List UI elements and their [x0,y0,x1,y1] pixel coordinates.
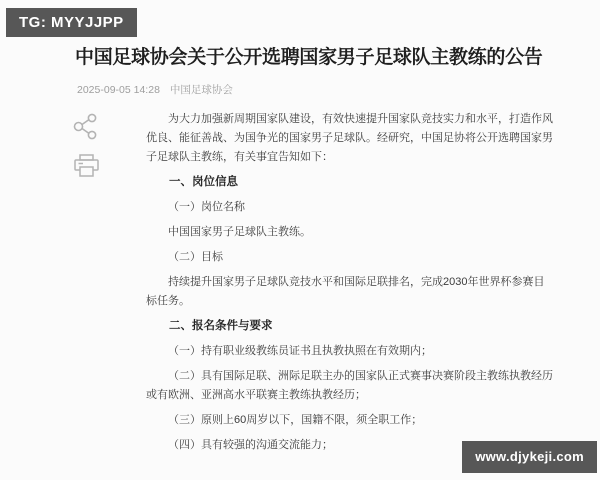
section-heading: 二、报名条件与要求 [146,317,554,336]
print-button[interactable] [72,153,100,180]
share-button[interactable] [72,113,100,140]
page-title: 中国足球协会关于公开选聘国家男子足球队主教练的公告 [75,46,545,70]
share-icon [72,113,100,140]
article-content: 为大力加强新周期国家队建设，有效快速提升国家队竞技实力和水平，打造作风优良、能征… [146,110,554,461]
article-actions [72,113,100,180]
paragraph: （一）持有职业级教练员证书且执教执照在有效期内； [146,342,554,361]
paragraph: （一）岗位名称 [146,198,554,217]
paragraph: （二）具有国际足联、洲际足联主办的国家队正式赛事决赛阶段主教练执教经历或有欧洲、… [146,367,554,405]
section-heading: 一、岗位信息 [146,173,554,192]
paragraph: （三）原则上60周岁以下，国籍不限，须全职工作； [146,411,554,430]
paragraph: 中国国家男子足球队主教练。 [146,223,554,242]
publish-date: 2025-09-05 14:28 [77,84,160,96]
watermark-top-left: TG: MYYJJPP [6,8,137,37]
watermark-bottom-right: www.djykeji.com [462,441,597,473]
article-meta: 2025-09-05 14:28中国足球协会 [77,82,243,97]
paragraph: 持续提升国家男子足球队竞技水平和国际足联排名，完成2030年世界杯参赛目标任务。 [146,273,554,311]
printer-icon [72,153,100,180]
article-page: TG: MYYJJPP 中国足球协会关于公开选聘国家男子足球队主教练的公告 20… [0,0,600,480]
article-source: 中国足球协会 [170,84,233,96]
paragraph: 为大力加强新周期国家队建设，有效快速提升国家队竞技实力和水平，打造作风优良、能征… [146,110,554,167]
paragraph: （二）目标 [146,248,554,267]
